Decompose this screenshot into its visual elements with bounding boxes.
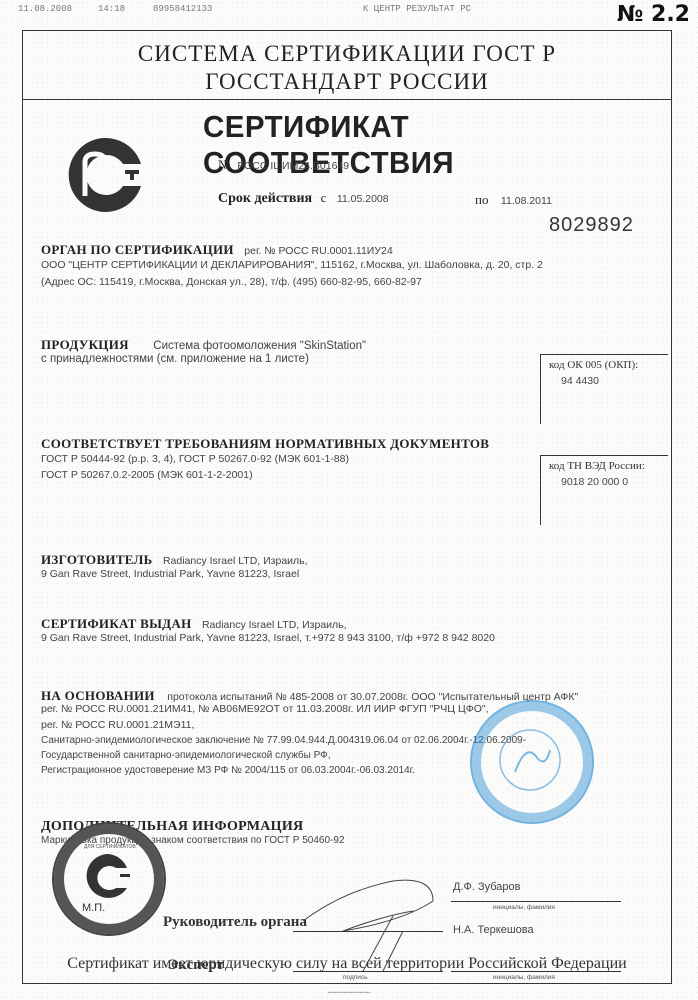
validity-from-label: с bbox=[321, 190, 327, 205]
header-divider bbox=[23, 99, 671, 100]
issued-to-name: Radiancy Israel LTD, Израиль, bbox=[202, 619, 347, 631]
tnved-code-label: код ТН ВЭД России: bbox=[549, 460, 668, 472]
conformity-line2: ГОСТ Р 50267.0.2-2005 (МЭК 601-1-2-2001) bbox=[41, 469, 253, 481]
organ-line2: (Адрес ОС: 115419, г.Москва, Донская ул.… bbox=[41, 276, 422, 288]
okp-code-label: код ОК 005 (ОКП): bbox=[549, 359, 668, 371]
okp-code-box: код ОК 005 (ОКП): 94 4430 bbox=[540, 354, 668, 424]
manufacturer-label: ИЗГОТОВИТЕЛЬ bbox=[41, 552, 152, 567]
footer-legal-text: Сертификат имеет юридическую силу на все… bbox=[23, 955, 671, 973]
manufacturer-address: 9 Gan Rave Street, Industrial Park, Yavn… bbox=[41, 568, 299, 580]
number-label: № bbox=[218, 157, 230, 172]
blank-number: 8029892 bbox=[549, 214, 634, 237]
system-title-line2: ГОССТАНДАРТ РОССИИ bbox=[23, 69, 671, 95]
fax-time: 14:18 bbox=[98, 4, 125, 14]
fax-sender: К ЦЕНТР РЕЗУЛЬТАТ РС bbox=[363, 4, 471, 14]
system-title-line1: СИСТЕМА СЕРТИФИКАЦИИ ГОСТ Р bbox=[23, 41, 671, 67]
page-mark: № 2.2 bbox=[617, 2, 690, 27]
basis-label: НА ОСНОВАНИИ bbox=[41, 688, 155, 703]
blue-seal-stamp-icon bbox=[470, 700, 594, 824]
head-caption: инициалы, фамилия bbox=[493, 904, 555, 911]
product-name: Система фотоомоложения "SkinStation" bbox=[153, 340, 366, 352]
product-line2: с принадлежностями (см. приложение на 1 … bbox=[41, 353, 309, 365]
black-seal-stamp-icon: ДЛЯ СЕРТИФИКАТОВ М.П. bbox=[52, 822, 166, 936]
tnved-code-box: код ТН ВЭД России: 9018 20 000 0 bbox=[540, 455, 668, 525]
product-label: ПРОДУКЦИЯ bbox=[41, 337, 129, 352]
organ-label: ОРГАН ПО СЕРТИФИКАЦИИ bbox=[41, 242, 234, 257]
basis-line4: Санитарно-эпидемиологическое заключение … bbox=[41, 735, 526, 746]
organ-reg: рег. № РОСС RU.0001.11ИУ24 bbox=[244, 245, 392, 257]
basis-line2: рег. № РОСС RU.0001.21ИМ41, № АВ06МЕ92ОТ… bbox=[41, 703, 489, 715]
validity-to-label: по bbox=[475, 192, 488, 207]
conformity-line1: ГОСТ Р 50444-92 (р.р. 3, 4), ГОСТ Р 5026… bbox=[41, 453, 349, 465]
stamp-mp-label: М.П. bbox=[82, 902, 105, 914]
fax-date: 11.08.2008 bbox=[18, 4, 72, 14]
head-name: Д.Ф. Зубаров bbox=[453, 881, 521, 893]
basis-line3: рег. № РОСС RU.0001.21МЭ11, bbox=[41, 719, 194, 731]
validity-to: 11.08.2011 bbox=[501, 195, 552, 207]
issued-to-label: СЕРТИФИКАТ ВЫДАН bbox=[41, 616, 192, 631]
certificate-number: РОСС IL.ИМ24.В01649 bbox=[237, 160, 349, 172]
print-footer: ▪▪▪▪▪▪▪▪▪▪▪▪▪▪▪▪▪▪▪▪▪▪▪▪ bbox=[0, 990, 698, 996]
okp-code-value: 94 4430 bbox=[561, 375, 668, 387]
organ-line1: ООО "ЦЕНТР СЕРТИФИКАЦИИ И ДЕКЛАРИРОВАНИЯ… bbox=[41, 259, 543, 271]
head-name-line bbox=[451, 901, 621, 902]
validity-from: 11.05.2008 bbox=[337, 193, 389, 205]
conformity-label: СООТВЕТСТВУЕТ ТРЕБОВАНИЯМ НОРМАТИВНЫХ ДО… bbox=[41, 436, 489, 452]
tnved-code-value: 9018 20 000 0 bbox=[561, 476, 668, 488]
validity-label: Срок действия bbox=[218, 191, 312, 206]
issued-to-address: 9 Gan Rave Street, Industrial Park, Yavn… bbox=[41, 632, 495, 644]
rostest-logo-icon bbox=[63, 134, 145, 216]
fax-phone: 89958412133 bbox=[153, 4, 212, 14]
basis-line5: Государственной санитарно-эпидемиологиче… bbox=[41, 750, 331, 761]
expert-name: Н.А. Теркешова bbox=[453, 924, 534, 936]
basis-line6: Регистрационное удостоверение МЗ РФ № 20… bbox=[41, 765, 415, 776]
expert-caption: инициалы, фамилия bbox=[493, 974, 555, 981]
manufacturer-name: Radiancy Israel LTD, Израиль, bbox=[163, 555, 308, 567]
